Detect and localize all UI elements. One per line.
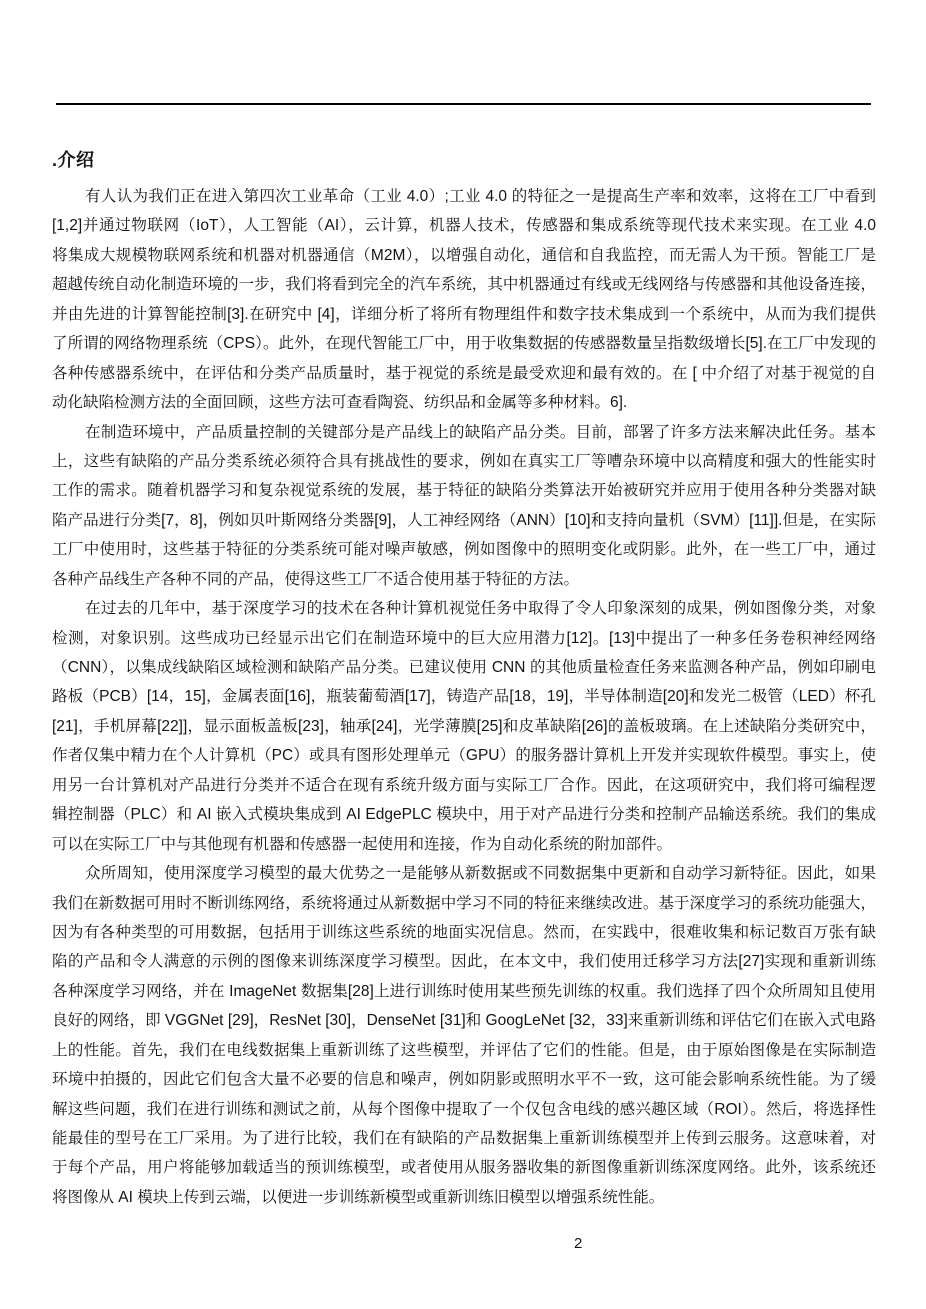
text-line: 超越传统自动化制造环境的一步，我们将看到完全的汽车系统，其中机器通过有线或无线网… bbox=[52, 270, 876, 299]
text-line: 众所周知，使用深度学习模型的最大优势之一是能够从新数据或不同数据集中更新和自动学… bbox=[52, 859, 876, 888]
text-line: 我们在新数据可用时不断训练网络，系统将通过从新数据中学习不同的特征来继续改进。基… bbox=[52, 889, 876, 918]
text-line: 在制造环境中，产品质量控制的关键部分是产品线上的缺陷产品分类。目前，部署了许多方… bbox=[52, 418, 876, 447]
text-line: 将图像从 AI 模块上传到云端，以便进一步训练新模型或重新训练旧模型以增强系统性… bbox=[52, 1183, 876, 1212]
header-rule bbox=[56, 103, 871, 105]
text-line: 了所谓的网络物理系统（CPS）。此外，在现代智能工厂中，用于收集数据的传感器数量… bbox=[52, 329, 876, 358]
text-line: 并由先进的计算智能控制[3].在研究中 [4]，详细分析了将所有物理组件和数字技… bbox=[52, 300, 876, 329]
paragraph: 在过去的几年中，基于深度学习的技术在各种计算机视觉任务中取得了令人印象深刻的成果… bbox=[52, 594, 876, 859]
text-line: [1,2]并通过物联网（IoT），人工智能（AI），云计算，机器人技术，传感器和… bbox=[52, 211, 876, 240]
text-line: 动化缺陷检测方法的全面回顾，这些方法可查看陶瓷、纺织品和金属等多种材料。6]. bbox=[52, 388, 876, 417]
text-line: 良好的网络，即 VGGNet [29]，ResNet [30]，DenseNet… bbox=[52, 1006, 876, 1035]
paragraph: 众所周知，使用深度学习模型的最大优势之一是能够从新数据或不同数据集中更新和自动学… bbox=[52, 859, 876, 1212]
text-line: 将集成大规模物联网系统和机器对机器通信（M2M），以增强自动化，通信和自我监控，… bbox=[52, 241, 876, 270]
text-line: 路板（PCB）[14，15]，金属表面[16]，瓶装葡萄酒[17]，铸造产品[1… bbox=[52, 682, 876, 711]
text-line: 工作的需求。随着机器学习和复杂视觉系统的发展，基于特征的缺陷分类算法开始被研究并… bbox=[52, 476, 876, 505]
text-line: 上的性能。首先，我们在电线数据集上重新训练了这些模型，并评估了它们的性能。但是，… bbox=[52, 1036, 876, 1065]
text-line: 在过去的几年中，基于深度学习的技术在各种计算机视觉任务中取得了令人印象深刻的成果… bbox=[52, 594, 876, 623]
text-line: 上，这些有缺陷的产品分类系统必须符合具有挑战性的要求，例如在真实工厂等嘈杂环境中… bbox=[52, 447, 876, 476]
text-line: 工厂中使用时，这些基于特征的分类系统可能对噪声敏感，例如图像中的照明变化或阴影。… bbox=[52, 535, 876, 564]
text-line: [21]，手机屏幕[22]]，显示面板盖板[23]，轴承[24]，光学薄膜[25… bbox=[52, 712, 876, 741]
text-line: 解这些问题，我们在进行训练和测试之前，从每个图像中提取了一个仅包含电线的感兴趣区… bbox=[52, 1095, 876, 1124]
text-line: 陷产品进行分类[7，8]，例如贝叶斯网络分类器[9]，人工神经网络（ANN）[1… bbox=[52, 506, 876, 535]
paragraph: 在制造环境中，产品质量控制的关键部分是产品线上的缺陷产品分类。目前，部署了许多方… bbox=[52, 418, 876, 595]
text-line: 作者仅集中精力在个人计算机（PC）或具有图形处理单元（GPU）的服务器计算机上开… bbox=[52, 741, 876, 770]
body-text: 有人认为我们正在进入第四次工业革命（工业 4.0）;工业 4.0 的特征之一是提… bbox=[52, 182, 876, 1212]
text-line: 环境中拍摄的，因此它们包含大量不必要的信息和噪声，例如阴影或照明水平不一致，这可… bbox=[52, 1065, 876, 1094]
text-line: 各种传感器系统中，在评估和分类产品质量时，基于视觉的系统是最受欢迎和最有效的。在… bbox=[52, 359, 876, 388]
text-line: 有人认为我们正在进入第四次工业革命（工业 4.0）;工业 4.0 的特征之一是提… bbox=[52, 182, 876, 211]
text-line: 各种产品线生产各种不同的产品，使得这些工厂不适合使用基于特征的方法。 bbox=[52, 565, 876, 594]
section-heading: .介绍 bbox=[52, 146, 95, 172]
text-line: 于每个产品，用户将能够加载适当的预训练模型，或者使用从服务器收集的新图像重新训练… bbox=[52, 1153, 876, 1182]
text-line: 辑控制器（PLC）和 AI 嵌入式模块集成到 AI EdgePLC 模块中，用于… bbox=[52, 800, 876, 829]
paragraph: 有人认为我们正在进入第四次工业革命（工业 4.0）;工业 4.0 的特征之一是提… bbox=[52, 182, 876, 418]
text-line: 可以在实际工厂中与其他现有机器和传感器一起使用和连接，作为自动化系统的附加部件。 bbox=[52, 830, 876, 859]
text-line: 因为有各种类型的可用数据，包括用于训练这些系统的地面实况信息。然而，在实践中，很… bbox=[52, 918, 876, 947]
text-line: 用另一台计算机对产品进行分类并不适合在现有系统升级方面与实际工厂合作。因此，在这… bbox=[52, 771, 876, 800]
text-line: 陷的产品和令人满意的示例的图像来训练深度学习模型。因此，在本文中，我们使用迁移学… bbox=[52, 947, 876, 976]
text-line: 检测，对象识别。这些成功已经显示出它们在制造环境中的巨大应用潜力[12]。[13… bbox=[52, 624, 876, 653]
text-line: 各种深度学习网络，并在 ImageNet 数据集[28]上进行训练时使用某些预先… bbox=[52, 977, 876, 1006]
document-page: .介绍 有人认为我们正在进入第四次工业革命（工业 4.0）;工业 4.0 的特征… bbox=[0, 0, 926, 1309]
text-line: （CNN），以集成线缺陷区域检测和缺陷产品分类。已建议使用 CNN 的其他质量检… bbox=[52, 653, 876, 682]
text-line: 能最佳的型号在工厂采用。为了进行比较，我们在有缺陷的产品数据集上重新训练模型并上… bbox=[52, 1124, 876, 1153]
page-number: 2 bbox=[574, 1235, 582, 1252]
